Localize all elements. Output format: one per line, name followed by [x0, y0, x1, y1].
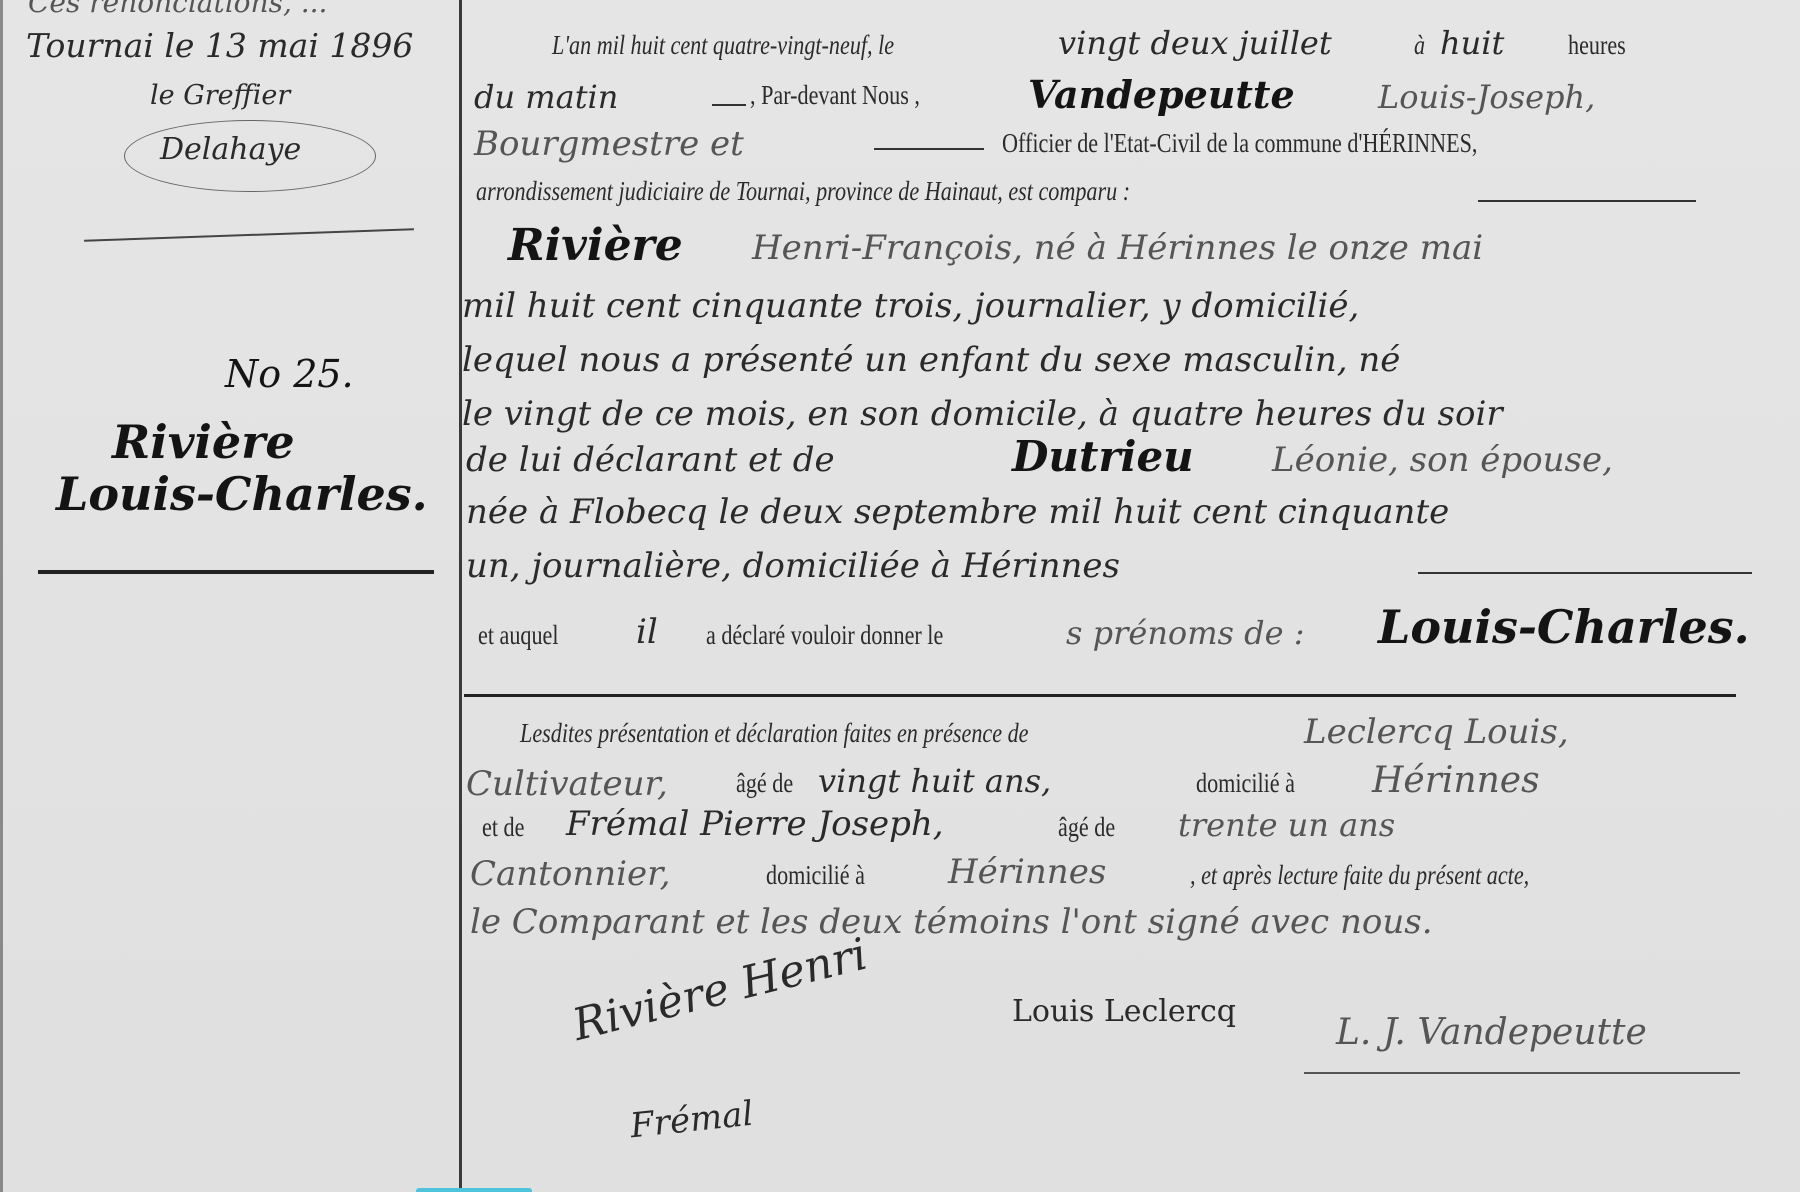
blank-rule: [1418, 572, 1752, 574]
witness2-signature: Frémal: [628, 1094, 755, 1147]
page-left-edge: [0, 0, 3, 1192]
witness1-age: vingt huit ans,: [818, 762, 1051, 800]
margin-underline: [38, 570, 434, 574]
body-officier-text: Officier de l'Etat-Civil de la commune d…: [1002, 128, 1477, 159]
blank-rule: [874, 148, 984, 150]
body-et-auquel: et auquel: [478, 620, 559, 651]
body-line1-print: L'an mil huit cent quatre-vingt-neuf, le: [552, 30, 894, 61]
officer-signature: L. J. Vandepeutte: [1336, 1012, 1647, 1053]
body-prenoms: s prénoms de :: [1066, 614, 1305, 652]
blank-rule: [1478, 200, 1696, 202]
margin-annotation-date: Tournai le 13 mai 1896: [26, 26, 413, 65]
father-signature: Rivière Henri: [568, 929, 872, 1051]
body-date-hand: vingt deux juillet: [1058, 24, 1332, 62]
margin-flourish-line: [84, 228, 414, 242]
margin-annotation-greffier: le Greffier: [150, 80, 290, 111]
officer-given-names: Louis-Joseph,: [1378, 78, 1595, 116]
section-divider: [464, 694, 1736, 697]
father-surname: Rivière: [508, 220, 683, 271]
mother-details: Léonie, son épouse,: [1272, 440, 1613, 480]
body-line9: de lui déclarant et de: [466, 440, 835, 480]
officer-surname: Vandepeutte: [1028, 72, 1295, 117]
witness2-domicile: Hérinnes: [948, 852, 1106, 892]
officer-signature-underline: [1304, 1072, 1740, 1074]
witness1-signature: Louis Leclercq: [1012, 994, 1236, 1029]
witness1-domicile: Hérinnes: [1372, 760, 1540, 801]
witness-closing: le Comparant et les deux témoins l'ont s…: [470, 902, 1433, 942]
body-bourgmestre: Bourgmestre et: [474, 124, 744, 164]
body-line7: lequel nous a présenté un enfant du sexe…: [462, 340, 1400, 380]
body-line1-a: à: [1414, 30, 1425, 61]
mother-surname: Dutrieu: [1012, 432, 1194, 481]
margin-surname: Rivière: [112, 415, 295, 469]
witness-lecture-text: , et après lecture faite du présent acte…: [1190, 860, 1529, 891]
witness2-et-de: et de: [482, 812, 524, 843]
record-number: No 25.: [225, 352, 354, 396]
blank-rule: [712, 104, 746, 106]
witness2-name: Frémal Pierre Joseph,: [566, 804, 944, 844]
body-line6: mil huit cent cinquante trois, journalie…: [462, 286, 1359, 326]
viewer-tab-indicator[interactable]: [416, 1188, 532, 1192]
witness2-domicile-label: domicilié à: [766, 860, 865, 891]
child-given-names: Louis-Charles.: [1378, 600, 1750, 654]
margin-given-names: Louis-Charles.: [56, 467, 428, 521]
body-declare: a déclaré vouloir donner le: [706, 620, 943, 651]
witness-intro: Lesdites présentation et déclaration fai…: [520, 718, 1029, 749]
body-line1-heures: heures: [1568, 30, 1626, 61]
father-details: Henri-François, né à Hérinnes le onze ma…: [752, 228, 1483, 268]
document-scan: Ces renonciations, ... Tournai le 13 mai…: [0, 0, 1800, 1192]
body-line11: un, journalière, domiciliée à Hérinnes: [466, 546, 1120, 586]
body-il: il: [636, 612, 658, 652]
body-par-devant: , Par-devant Nous ,: [750, 80, 920, 111]
body-line8: le vingt de ce mois, en son domicile, à …: [462, 394, 1503, 434]
witness2-age-label: âgé de: [1058, 812, 1115, 843]
body-arrondissement: arrondissement judiciaire de Tournai, pr…: [476, 176, 1130, 207]
margin-column-divider: [459, 0, 462, 1192]
margin-cut-text: Ces renonciations, ...: [28, 0, 327, 19]
witness1-name: Leclercq Louis,: [1304, 712, 1569, 752]
witness1-domicile-label: domicilié à: [1196, 768, 1295, 799]
body-line10: née à Flobecq le deux septembre mil huit…: [466, 492, 1449, 532]
witness1-age-label: âgé de: [736, 768, 793, 799]
body-du-matin: du matin: [474, 78, 618, 116]
witness2-occupation: Cantonnier,: [470, 854, 670, 894]
witness2-age: trente un ans: [1178, 806, 1395, 844]
witness1-occupation: Cultivateur,: [466, 764, 668, 804]
signature-flourish: [124, 120, 376, 192]
body-hour-hand: huit: [1440, 24, 1504, 62]
